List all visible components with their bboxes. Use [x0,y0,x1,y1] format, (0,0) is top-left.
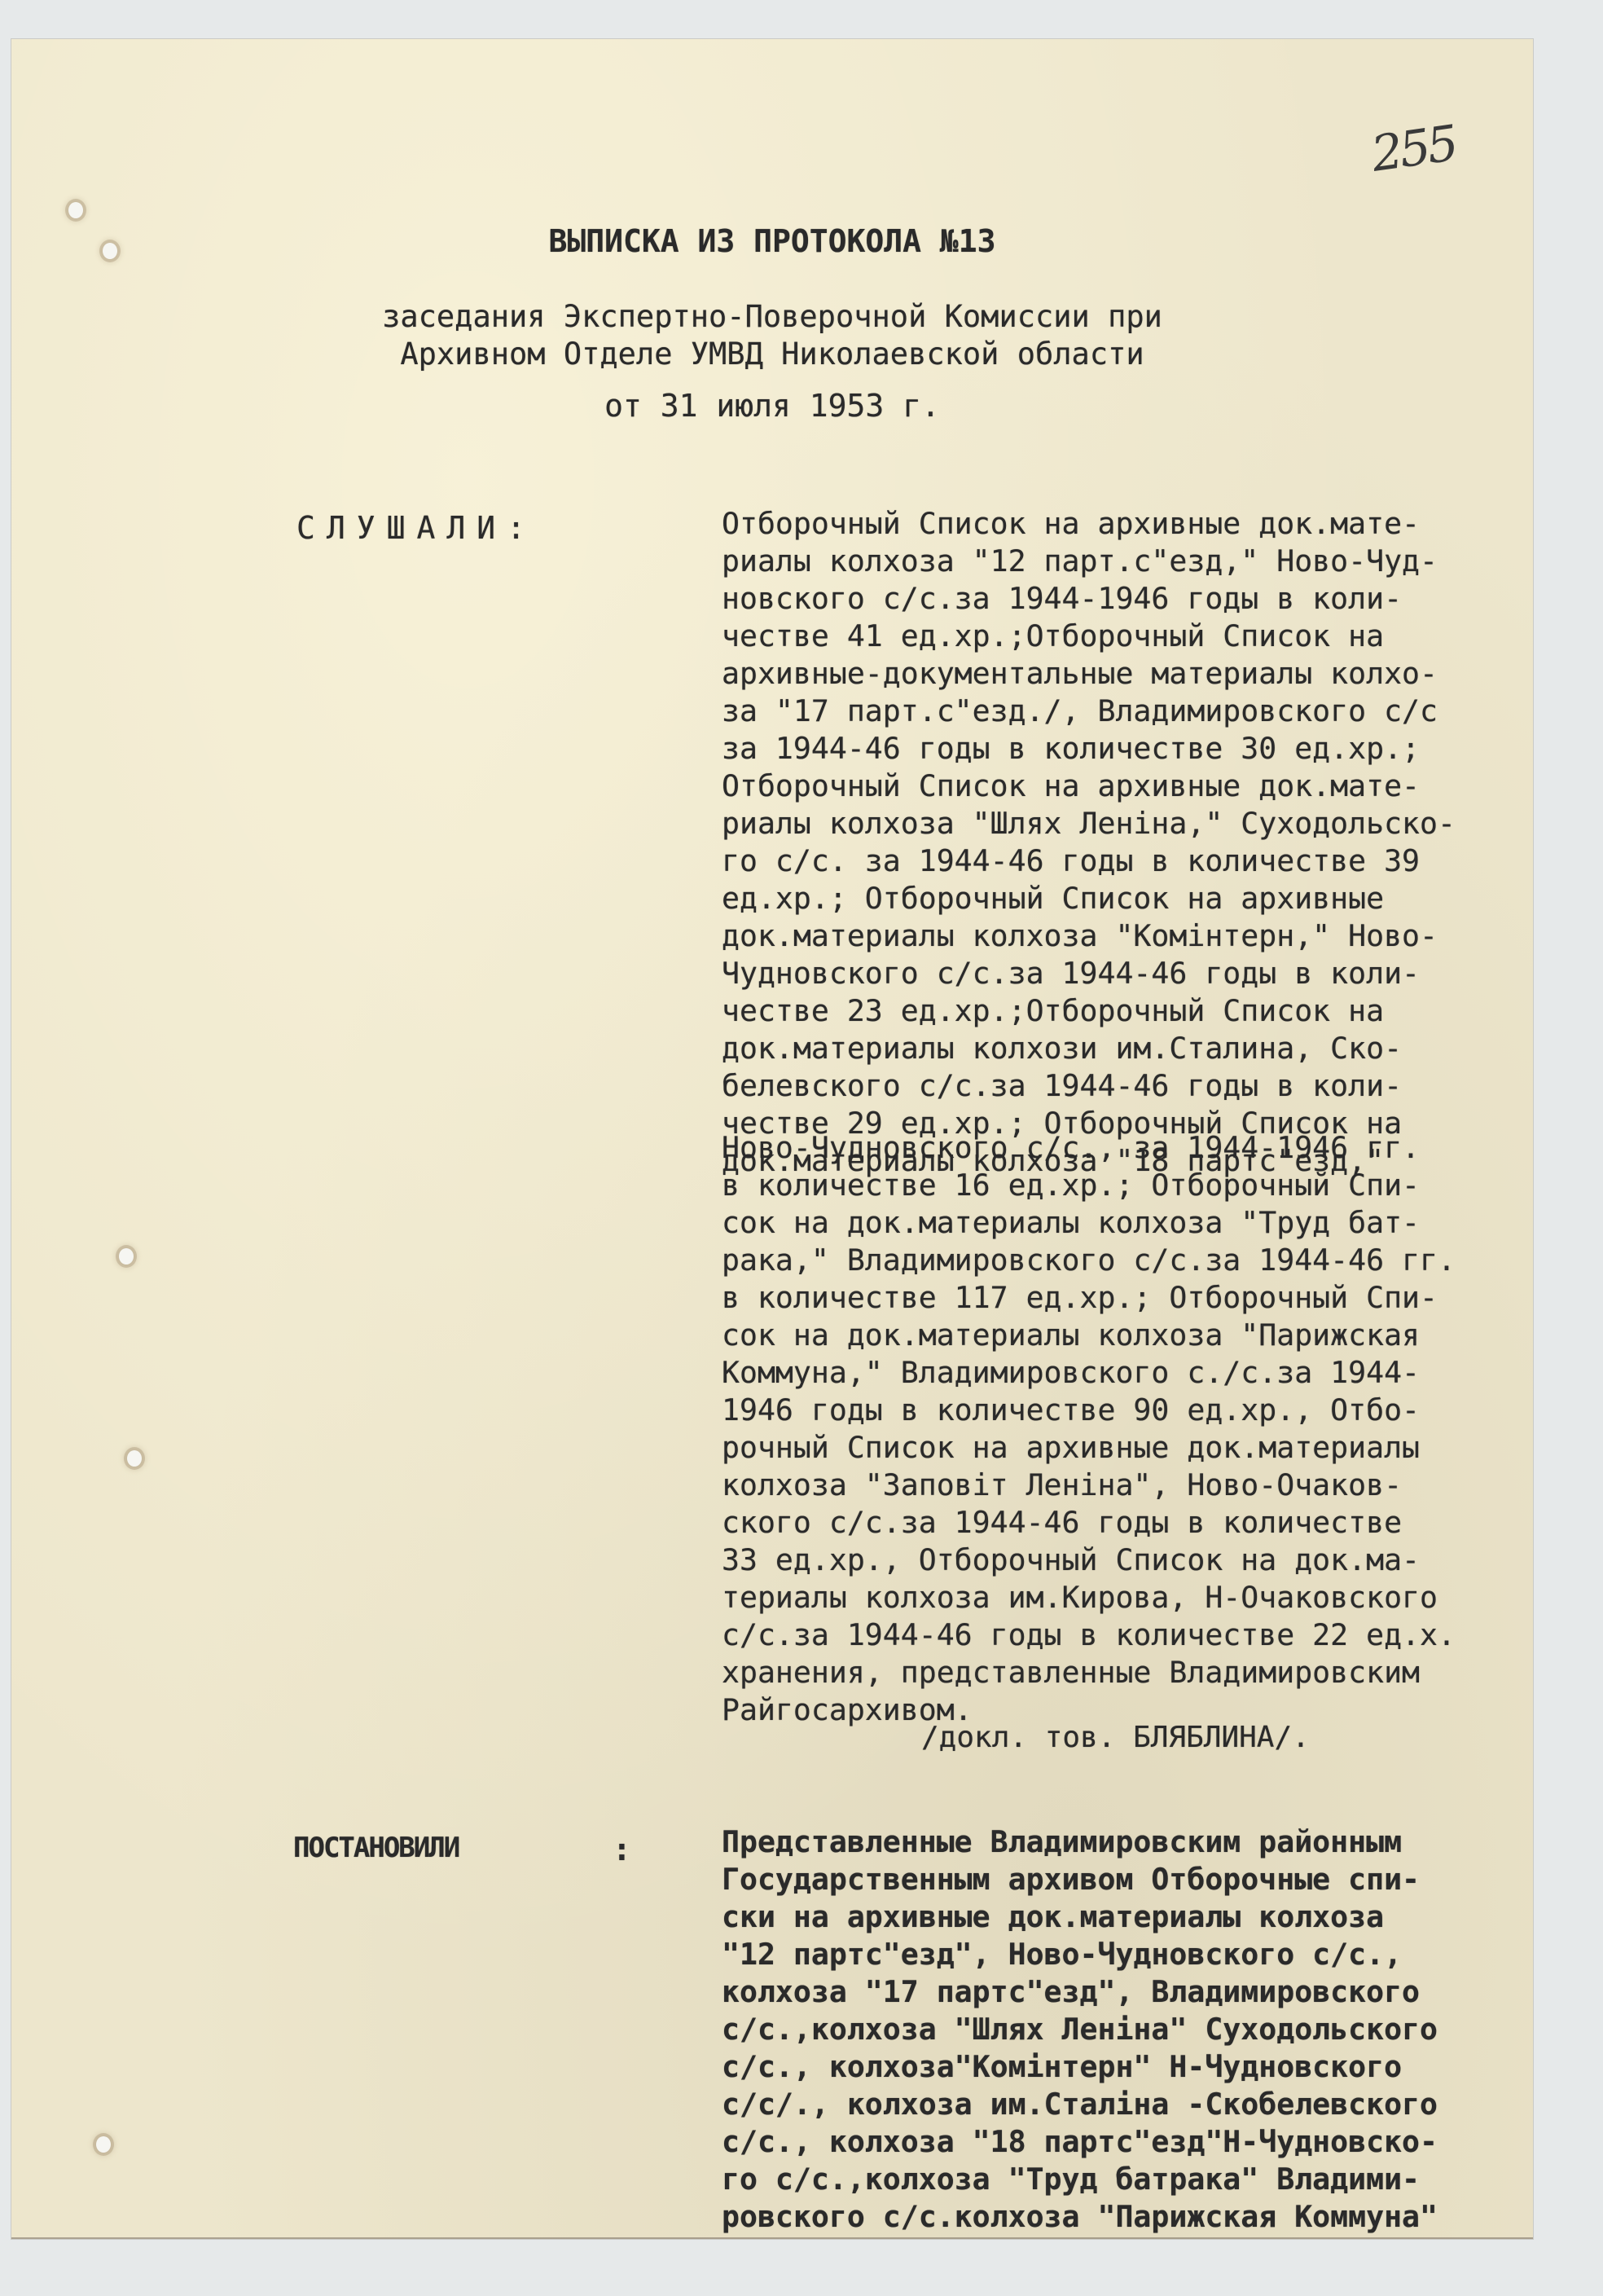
text-line: 1946 годы в количестве 90 ед.хр., Отбо- [722,1392,1552,1429]
text-line: териалы колхоза им.Кирова, Н-Очаковского [722,1579,1552,1616]
document-date: от 31 июля 1953 г. [11,388,1533,424]
text-line: Чудновского с/с.за 1944-46 годы в коли- [722,955,1552,992]
text-line: с/с., колхоза "18 партс"езд"Н-Чудновско- [722,2123,1552,2161]
heard-label: СЛУШАЛИ: [296,510,537,546]
heard-text-part1: Отборочный Список на архивные док.мате-р… [722,505,1552,1180]
text-line: с/с.,колхоза "Шлях Ленiна" Суходольского [722,2011,1552,2048]
text-line: ровского с/с.колхоза "Парижская Коммуна" [722,2198,1552,2236]
text-line: честве 23 ед.хр.;Отборочный Список на [722,992,1552,1030]
text-line: честве 41 ед.хр.;Отборочный Список на [722,618,1552,655]
text-line: в количестве 117 ед.хр.; Отборочный Спи- [722,1279,1552,1317]
text-line: с/с.за 1944-46 годы в количестве 22 ед.х… [722,1616,1552,1654]
text-line: Отборочный Список на архивные док.мате- [722,505,1552,543]
text-line: Отборочный Список на архивные док.мате- [722,768,1552,805]
text-line: в количестве 16 ед.хр.; Отборочный Спи- [722,1167,1552,1204]
punch-hole [96,2136,111,2153]
text-line: архивные-документальные материалы колхо- [722,655,1552,693]
text-line: ед.хр.; Отборочный Список на архивные [722,880,1552,917]
resolved-colon: : [613,1832,631,1867]
text-line: сок на док.материалы колхоза "Труд бат- [722,1204,1552,1242]
folio-number: 255 [1368,115,1459,183]
text-line: ского с/с.за 1944-46 годы в количестве [722,1504,1552,1542]
text-line: с/с., колхоза"Комiнтерн" Н-Чудновского [722,2048,1552,2086]
document-subtitle: заседания Экспертно-Поверочной Комиссии … [11,298,1533,373]
text-line: риалы колхоза "Шлях Ленiна," Суходольско… [722,805,1552,842]
text-line: за 1944-46 годы в количестве 30 ед.хр.; [722,730,1552,768]
text-line: риалы колхоза "12 парт.с"езд," Ново-Чуд- [722,543,1552,580]
text-line: хранения, представленные Владимировским [722,1654,1552,1691]
text-line: док.материалы колхози им.Сталина, Ско- [722,1030,1552,1067]
text-line: колхоза "Заповiт Ленiна", Ново-Очаков- [722,1467,1552,1504]
resolved-label: ПОСТАНОВИЛИ [293,1832,459,1864]
text-line: го с/с. за 1944-46 годы в количестве 39 [722,842,1552,880]
text-line: "12 партс"езд", Ново-Чудновского с/с., [722,1936,1552,1973]
punch-hole [127,1450,142,1467]
text-line: сок на док.материалы колхоза "Парижская [722,1317,1552,1354]
text-line: Представленные Владимировским районным [722,1823,1552,1861]
page-bottom-edge [11,2237,1533,2239]
subtitle-line: заседания Экспертно-Поверочной Комиссии … [11,298,1533,336]
resolved-text: Представленные Владимировским районнымГо… [722,1823,1552,2236]
text-line: Ново-Чудновского с/с., за 1944-1946 гг. [722,1129,1552,1167]
text-line: док.материалы колхоза "Комiнтерн," Ново- [722,917,1552,955]
text-line: белевского с/с.за 1944-46 годы в коли- [722,1067,1552,1105]
text-line: ски на архивные док.материалы колхоза [722,1898,1552,1936]
heard-text-part2: Ново-Чудновского с/с., за 1944-1946 гг.в… [722,1129,1552,1729]
text-line: Государственным архивом Отборочные спи- [722,1861,1552,1898]
punch-hole [68,202,83,218]
subtitle-line: Архивном Отделе УМВД Николаевской област… [11,336,1533,373]
text-line: с/с/., колхоза им.Сталiна -Скобелевского [722,2086,1552,2123]
text-line: за "17 парт.с"езд./, Владимировского с/с [722,693,1552,730]
text-line: рака," Владимировского с/с.за 1944-46 гг… [722,1242,1552,1279]
text-line: го с/с.,колхоза "Труд батрака" Владими- [722,2161,1552,2198]
text-line: новского с/с.за 1944-1946 годы в коли- [722,580,1552,618]
text-line: Коммуна," Владимировского с./с.за 1944- [722,1354,1552,1392]
text-line: рочный Список на архивные док.материалы [722,1429,1552,1467]
text-line: колхоза "17 партс"езд", Владимировского [722,1973,1552,2011]
text-line: 33 ед.хр., Отборочный Список на док.ма- [722,1542,1552,1579]
document-page: 255 ВЫПИСКА ИЗ ПРОТОКОЛА №13 заседания Э… [11,39,1533,2239]
punch-hole [119,1248,134,1265]
document-title: ВЫПИСКА ИЗ ПРОТОКОЛА №13 [11,223,1533,259]
speaker-attribution: /докл. тов. БЛЯБЛИНА/. [921,1721,1310,1754]
